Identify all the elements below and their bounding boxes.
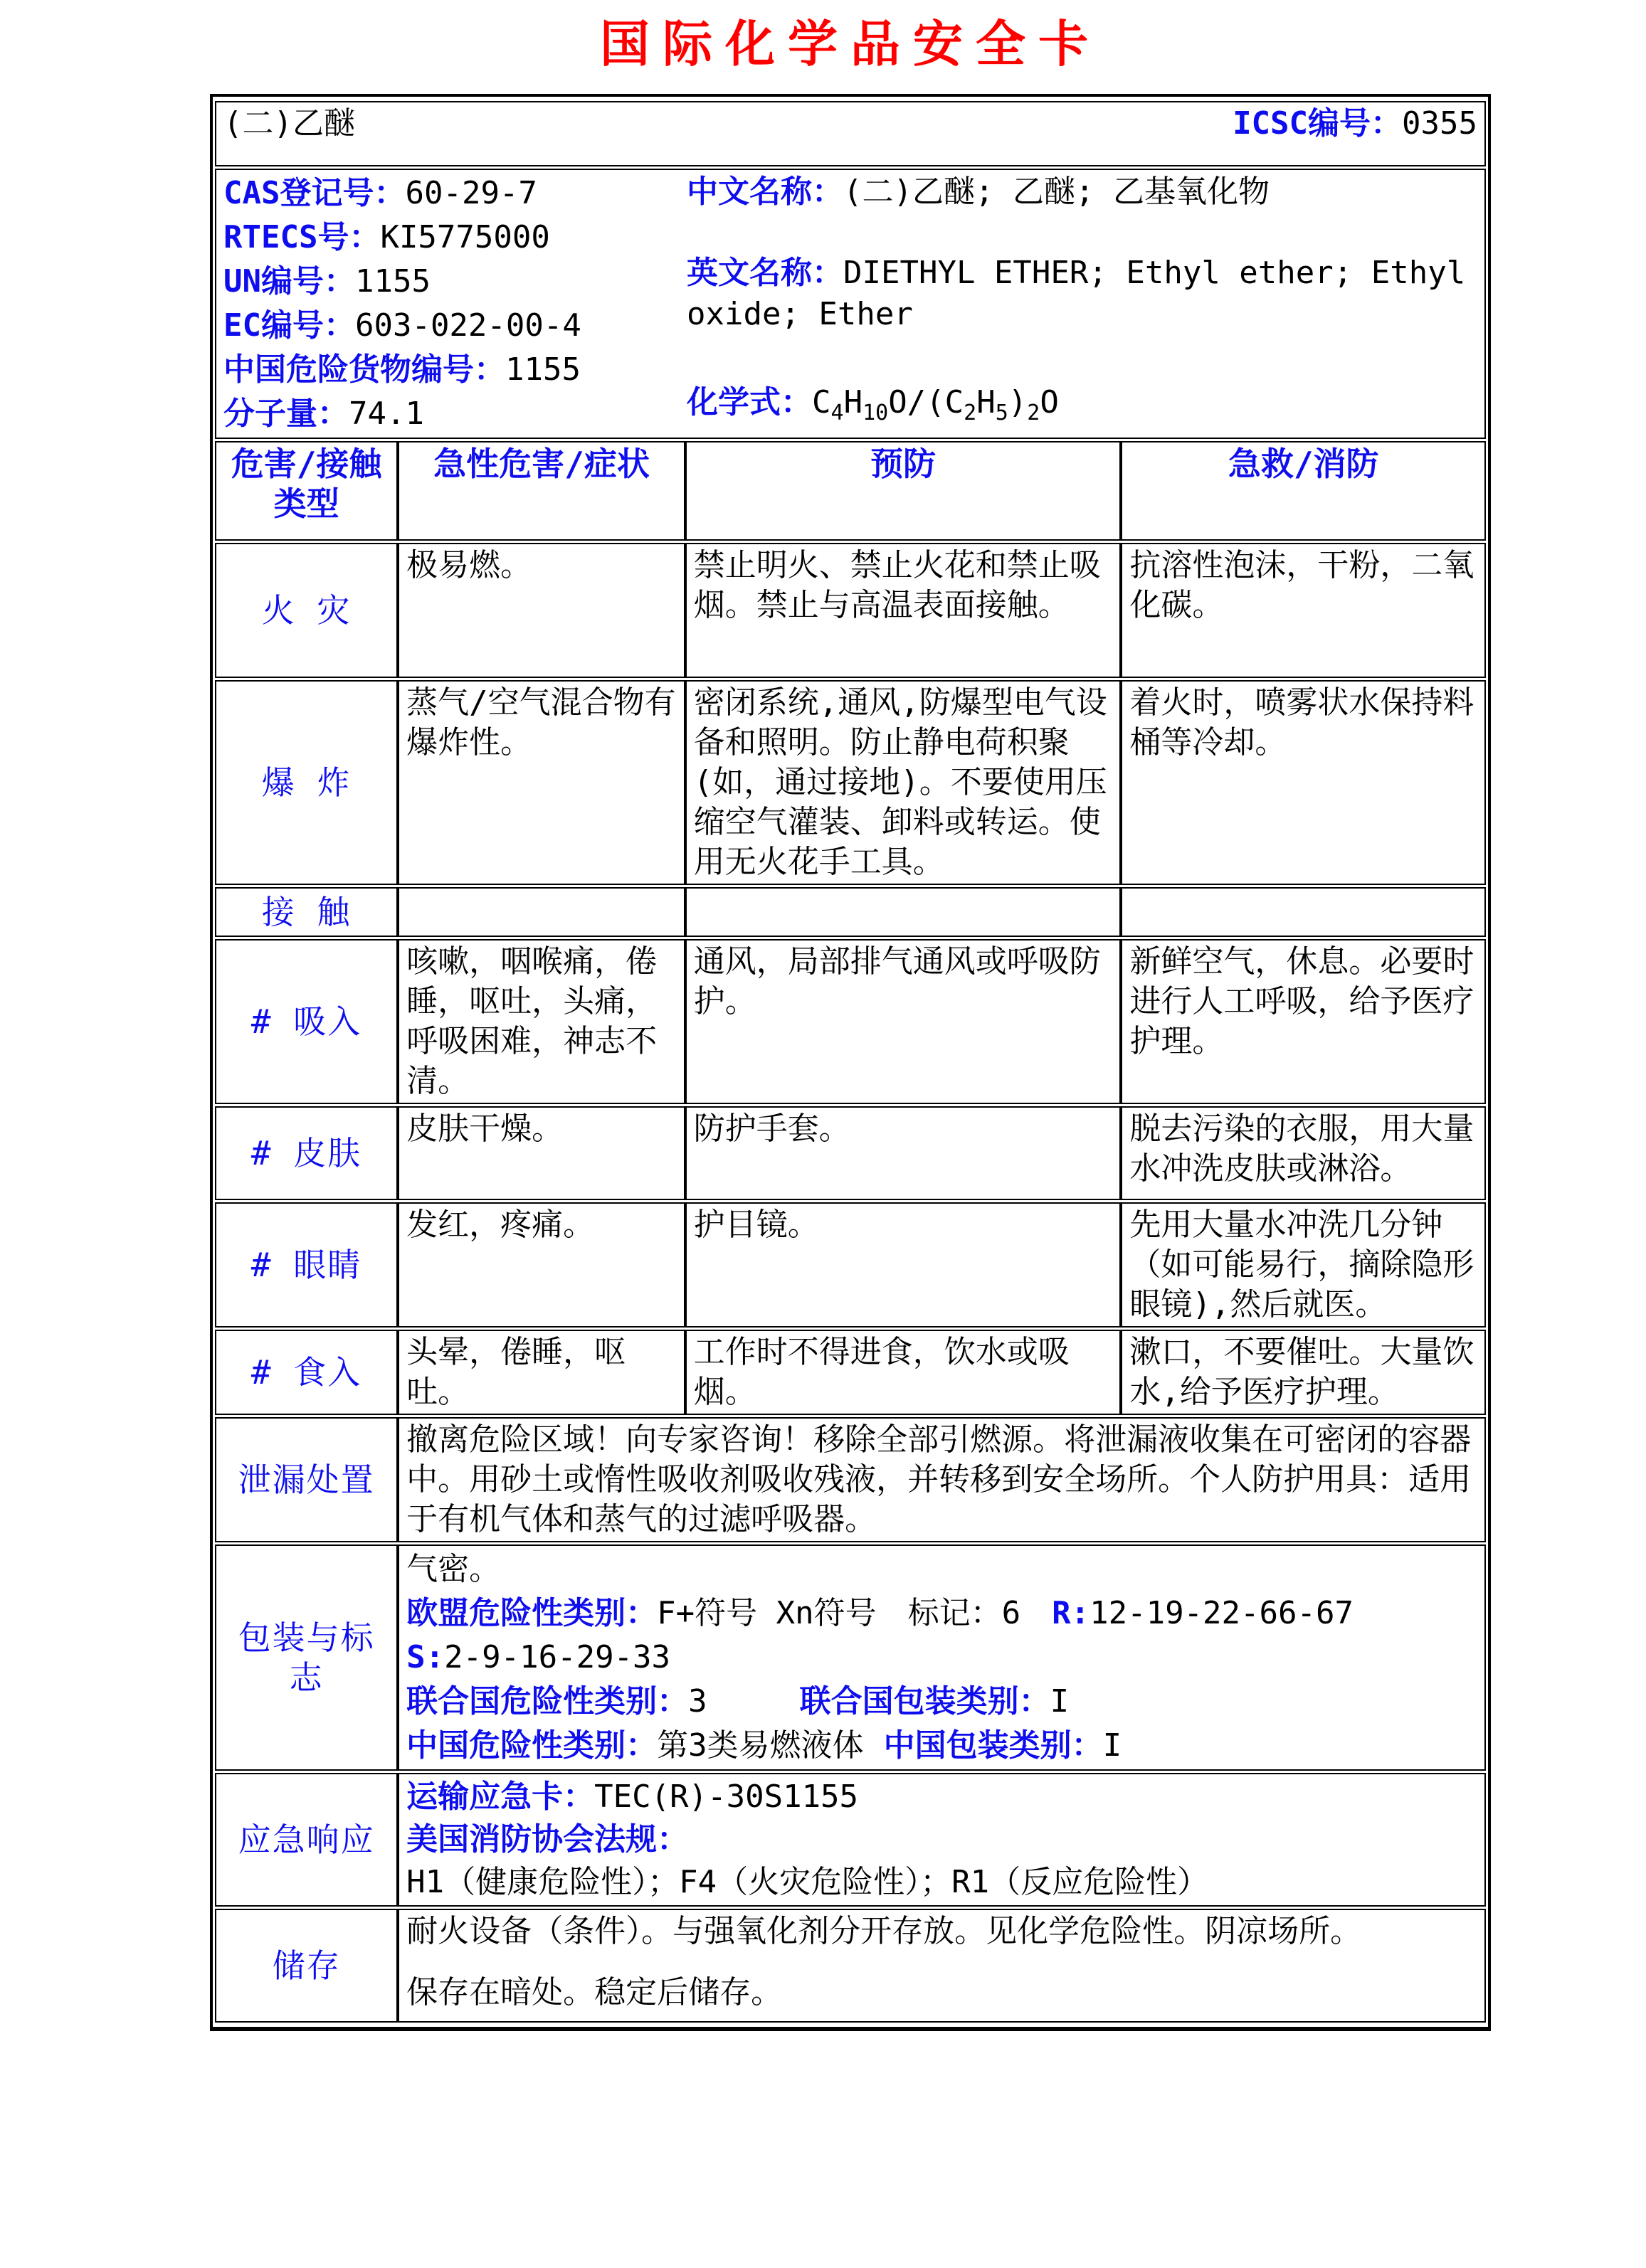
- un-class-value: 3: [688, 1683, 707, 1719]
- packaging-content: 气密。 欧盟危险性类别：F+符号 Xn符号标记：6R:12-19-22-66-6…: [398, 1544, 1486, 1771]
- formula-sub: 10: [862, 401, 888, 425]
- chemical-formula: 化学式：C4H10O/(C2H5)2O: [687, 382, 1477, 423]
- row-label-contact: 接 触: [215, 887, 398, 937]
- ingestion-prevention: 工作时不得进食，饮水或吸烟。: [685, 1330, 1122, 1415]
- english-name: 英文名称：DIETHYL ETHER; Ethyl ether; Ethyl o…: [687, 253, 1477, 335]
- china-dg-number: 中国危险货物编号：1155: [223, 348, 682, 392]
- formula-part: O/(C: [888, 384, 964, 420]
- table-row-explosion: 爆 炸 蒸气/空气混合物有爆炸性。 密闭系统,通风,防爆型电气设备和照明。防止静…: [215, 680, 1486, 885]
- molecular-weight: 分子量：74.1: [223, 392, 682, 436]
- chinese-name: 中文名称：(二)乙醚; 乙醚; 乙基氧化物: [687, 171, 1477, 213]
- skin-response: 脱去污染的衣服，用大量水冲洗皮肤或淋浴。: [1121, 1106, 1486, 1200]
- table-row-contact: 接 触: [215, 887, 1486, 937]
- un-pack-value: I: [1050, 1683, 1070, 1719]
- china-dg-number-value: 1155: [505, 351, 581, 388]
- fire-prevention: 禁止明火、禁止火花和禁止吸烟。禁止与高温表面接触。: [685, 543, 1122, 678]
- cas-number-value: 60-29-7: [405, 175, 537, 211]
- eyes-response: 先用大量水冲洗几分钟（如可能易行，摘除隐形眼镜),然后就医。: [1121, 1202, 1486, 1328]
- table-row-skin: # 皮肤 皮肤干燥。 防护手套。 脱去污染的衣服，用大量水冲洗皮肤或淋浴。: [215, 1106, 1486, 1200]
- table-row-ingestion: # 食入 头晕，倦睡，呕吐。 工作时不得进食，饮水或吸烟。 漱口，不要催吐。大量…: [215, 1330, 1486, 1415]
- eu-class-value: F+符号 Xn符号: [657, 1595, 876, 1631]
- row-label-inhalation: # 吸入: [215, 939, 398, 1104]
- formula-sub: 5: [996, 401, 1008, 425]
- skin-symptom: 皮肤干燥。: [398, 1106, 685, 1200]
- r-phrases-label: R:: [1052, 1595, 1090, 1631]
- emergency-content: 运输应急卡：TEC(R)-30S1155 美国消防协会法规：H1（健康危险性）；…: [398, 1773, 1486, 1907]
- icsc-number-label: ICSC编号：: [1233, 105, 1402, 142]
- cas-number-label: CAS登记号：: [223, 175, 405, 211]
- contact-response: [1121, 887, 1486, 937]
- table-row-inhalation: # 吸入 咳嗽，咽喉痛，倦睡，呕吐，头痛，呼吸困难，神志不清。 通风，局部排气通…: [215, 939, 1486, 1104]
- row-label-skin: # 皮肤: [215, 1106, 398, 1200]
- storage-line1: 耐火设备（条件）。与强氧化剂分开存放。见化学危险性。阴凉场所。: [406, 1912, 1477, 1951]
- un-pack-label: 联合国包装类别：: [800, 1683, 1050, 1719]
- row-label-explosion: 爆 炸: [215, 680, 398, 885]
- nfpa-value: H1（健康危险性）；F4（火灾危险性）；R1（反应危险性）: [406, 1864, 1208, 1900]
- tec-value: TEC(R)-30S1155: [594, 1779, 858, 1815]
- col-header-hazard-type: 危害/接触类型: [215, 441, 398, 541]
- explosion-symptom: 蒸气/空气混合物有爆炸性。: [398, 680, 685, 885]
- row-label-spill: 泄漏处置: [215, 1417, 398, 1542]
- cn-pack-label: 中国包装类别：: [884, 1727, 1103, 1764]
- ec-number-value: 603-022-00-4: [355, 307, 581, 344]
- inhalation-prevention: 通风，局部排气通风或呼吸防护。: [685, 939, 1122, 1104]
- english-name-label: 英文名称：: [687, 255, 843, 291]
- icsc-number: ICSC编号：0355: [1233, 104, 1477, 144]
- china-dg-number-label: 中国危险货物编号：: [223, 351, 505, 388]
- cn-class-label: 中国危险性类别：: [406, 1727, 657, 1764]
- identity-ids: CAS登记号：60-29-7 RTECS号：KI5775000 UN编号：115…: [223, 171, 682, 436]
- packaging-s-phrases: S:2-9-16-29-33: [406, 1636, 1477, 1680]
- nfpa-label: 美国消防协会法规：: [406, 1821, 688, 1858]
- table-row-emergency: 应急响应 运输应急卡：TEC(R)-30S1155 美国消防协会法规：H1（健康…: [215, 1773, 1486, 1907]
- substance-name: (二)乙醚: [223, 105, 355, 142]
- safety-card-table: ICSC编号：0355 (二)乙醚 CAS登记号：60-29-7 RTECS号：…: [215, 99, 1486, 2025]
- r-phrases-value: 12-19-22-66-67: [1090, 1595, 1354, 1631]
- emergency-nfpa: 美国消防协会法规：H1（健康危险性）；F4（火灾危险性）；R1（反应危险性）: [406, 1818, 1477, 1904]
- eyes-prevention: 护目镜。: [685, 1202, 1122, 1328]
- cn-class-value: 第3类易燃液体: [657, 1727, 864, 1764]
- identity-columns: CAS登记号：60-29-7 RTECS号：KI5775000 UN编号：115…: [223, 171, 1477, 436]
- card-header-row: ICSC编号：0355 (二)乙醚: [215, 101, 1486, 166]
- col-header-prevention: 预防: [685, 441, 1122, 541]
- row-label-packaging: 包装与标志: [215, 1544, 398, 1771]
- fire-response: 抗溶性泡沫，干粉，二氧化碳。: [1121, 543, 1486, 678]
- chemical-formula-value: C4H10O/(C2H5)2O: [812, 384, 1059, 420]
- row-label-emergency: 应急响应: [215, 1773, 398, 1907]
- storage-line2: 保存在暗处。稳定后储存。: [406, 1973, 1477, 2013]
- inhalation-response: 新鲜空气，休息。必要时进行人工呼吸，给予医疗护理。: [1121, 939, 1486, 1104]
- ec-number-label: EC编号：: [223, 307, 355, 344]
- row-label-storage: 储存: [215, 1909, 398, 2023]
- skin-prevention: 防护手套。: [685, 1106, 1122, 1200]
- row-label-ingestion: # 食入: [215, 1330, 398, 1415]
- contact-prevention: [685, 887, 1122, 937]
- chinese-name-label: 中文名称：: [687, 174, 843, 210]
- tec-label: 运输应急卡：: [406, 1779, 594, 1815]
- icsc-number-value: 0355: [1402, 105, 1477, 142]
- un-number-value: 1155: [355, 263, 431, 300]
- table-row-eyes: # 眼睛 发红，疼痛。 护目镜。 先用大量水冲洗几分钟（如可能易行，摘除隐形眼镜…: [215, 1202, 1486, 1328]
- page-title: 国际化学品安全卡: [210, 14, 1491, 74]
- formula-sub: 4: [831, 401, 844, 425]
- inhalation-symptom: 咳嗽，咽喉痛，倦睡，呕吐，头痛，呼吸困难，神志不清。: [398, 939, 685, 1104]
- s-phrases-value: 2-9-16-29-33: [444, 1639, 670, 1675]
- table-row-fire: 火 灾 极易燃。 禁止明火、禁止火花和禁止吸烟。禁止与高温表面接触。 抗溶性泡沫…: [215, 543, 1486, 678]
- molecular-weight-label: 分子量：: [223, 396, 349, 432]
- formula-part: O: [1040, 384, 1059, 420]
- row-label-fire: 火 灾: [215, 543, 398, 678]
- row-label-eyes: # 眼睛: [215, 1202, 398, 1328]
- identity-names: 中文名称：(二)乙醚; 乙醚; 乙基氧化物 英文名称：DIETHYL ETHER…: [682, 171, 1477, 436]
- rtecs-number-value: KI5775000: [380, 219, 549, 255]
- formula-part: H: [976, 384, 996, 420]
- packaging-eu-class: 欧盟危险性类别：F+符号 Xn符号标记：6R:12-19-22-66-67: [406, 1591, 1477, 1636]
- fire-symptom: 极易燃。: [398, 543, 685, 678]
- un-number: UN编号：1155: [223, 260, 682, 304]
- icsc-page: 国际化学品安全卡 ICSC编号：0355 (二)乙醚: [0, 14, 1646, 2268]
- un-class-label: 联合国危险性类别：: [406, 1683, 688, 1719]
- eu-class-label: 欧盟危险性类别：: [406, 1595, 657, 1631]
- identity-row: CAS登记号：60-29-7 RTECS号：KI5775000 UN编号：115…: [215, 169, 1486, 439]
- ingestion-response: 漱口，不要催吐。大量饮水,给予医疗护理。: [1121, 1330, 1486, 1415]
- card-header-cell: ICSC编号：0355 (二)乙醚: [215, 101, 1486, 166]
- packaging-airtight: 气密。: [406, 1547, 1477, 1591]
- cas-number: CAS登记号：60-29-7: [223, 171, 682, 216]
- molecular-weight-value: 74.1: [349, 396, 424, 432]
- explosion-response: 着火时，喷雾状水保持料桶等冷却。: [1121, 680, 1486, 885]
- formula-part: ): [1008, 384, 1028, 420]
- formula-part: H: [844, 384, 863, 420]
- rtecs-number-label: RTECS号：: [223, 219, 380, 255]
- eu-mark: 标记：6: [908, 1595, 1021, 1631]
- chinese-name-value: (二)乙醚; 乙醚; 乙基氧化物: [843, 174, 1270, 210]
- formula-sub: 2: [964, 401, 976, 425]
- table-row-packaging: 包装与标志 气密。 欧盟危险性类别：F+符号 Xn符号标记：6R:12-19-2…: [215, 1544, 1486, 1771]
- table-row-storage: 储存 耐火设备（条件）。与强氧化剂分开存放。见化学危险性。阴凉场所。 保存在暗处…: [215, 1909, 1486, 2023]
- cn-pack-value: I: [1103, 1727, 1122, 1764]
- un-number-label: UN编号：: [223, 263, 355, 300]
- identity-cell: CAS登记号：60-29-7 RTECS号：KI5775000 UN编号：115…: [215, 169, 1486, 439]
- eyes-symptom: 发红，疼痛。: [398, 1202, 685, 1328]
- col-header-firstaid: 急救/消防: [1121, 441, 1486, 541]
- chemical-formula-label: 化学式：: [687, 384, 812, 420]
- packaging-cn-class: 中国危险性类别：第3类易燃液体中国包装类别：I: [406, 1724, 1477, 1768]
- rtecs-number: RTECS号：KI5775000: [223, 216, 682, 260]
- ec-number: EC编号：603-022-00-4: [223, 304, 682, 348]
- table-header-row: 危害/接触类型 急性危害/症状 预防 急救/消防: [215, 441, 1486, 541]
- col-header-symptoms: 急性危害/症状: [398, 441, 685, 541]
- ingestion-symptom: 头晕，倦睡，呕吐。: [398, 1330, 685, 1415]
- s-phrases-label: S:: [406, 1639, 444, 1675]
- icsc-card: ICSC编号：0355 (二)乙醚 CAS登记号：60-29-7 RTECS号：…: [210, 94, 1491, 2031]
- storage-content: 耐火设备（条件）。与强氧化剂分开存放。见化学危险性。阴凉场所。 保存在暗处。稳定…: [398, 1909, 1486, 2023]
- formula-sub: 2: [1027, 401, 1040, 425]
- explosion-prevention: 密闭系统,通风,防爆型电气设备和照明。防止静电荷积聚(如，通过接地)。不要使用压…: [685, 680, 1122, 885]
- packaging-un-class: 联合国危险性类别：3联合国包装类别：I: [406, 1680, 1477, 1724]
- emergency-tec: 运输应急卡：TEC(R)-30S1155: [406, 1776, 1477, 1818]
- formula-part: C: [812, 384, 831, 420]
- contact-symptom: [398, 887, 685, 937]
- spill-content: 撤离危险区域！向专家咨询！移除全部引燃源。将泄漏液收集在可密闭的容器中。用砂土或…: [398, 1417, 1486, 1542]
- table-row-spill: 泄漏处置 撤离危险区域！向专家咨询！移除全部引燃源。将泄漏液收集在可密闭的容器中…: [215, 1417, 1486, 1542]
